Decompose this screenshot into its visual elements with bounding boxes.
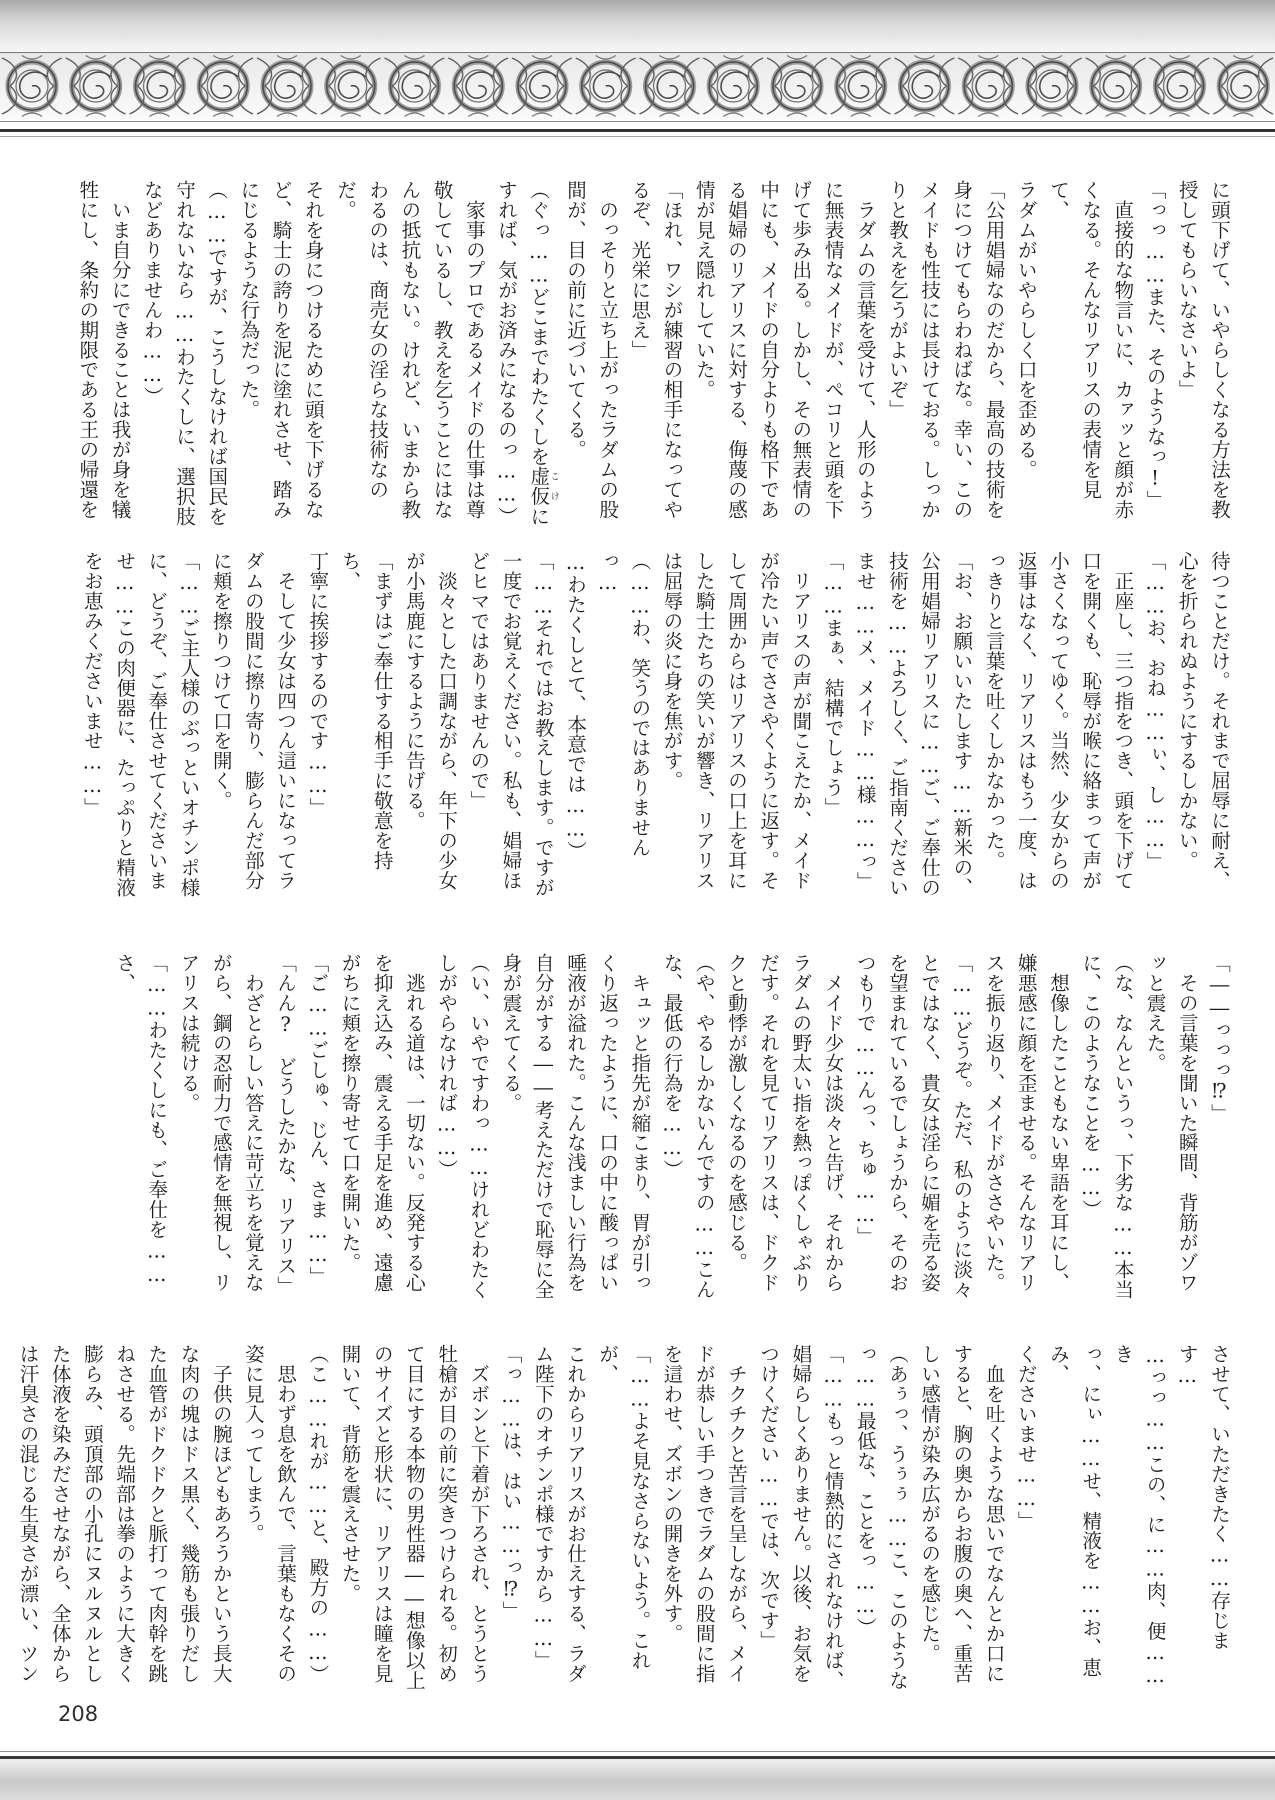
text-column: 「……よそ見なさらないよう。これが、 (591, 1344, 655, 1692)
text-column: に頭下げて、いやらしくなる方法を教 (1203, 180, 1235, 528)
text-column: 「……まぁ、結構でしょう」 (816, 551, 848, 899)
text-column: （ぐっ……どこまでわたくしを虚仮こけに (522, 180, 559, 528)
text-column: 中にも、メイドの自分よりも格下であ (752, 180, 784, 528)
bottom-double-rule (0, 1751, 1275, 1759)
text-column: つけください……では、次です」 (752, 1344, 784, 1692)
text-column: 「んん? どうしたかな、リアリス」 (269, 953, 301, 1301)
text-column: 「……ご主人様のぶっといオチンポ様 (172, 551, 204, 899)
text-column: ズボンと下着が下ろされ、とうとう (462, 1344, 494, 1692)
text-column: （い、いやですわっ……けれどわたく (462, 953, 494, 1301)
text-column: だす。それを見てリアリスは、ドクド (752, 953, 784, 1301)
text-column: を這わせ、ズボンの開きを外す。 (655, 1344, 687, 1692)
text-column: ませ……メ、メイド……様……っ」 (849, 551, 881, 899)
text-band-4: させて、いただきたく……存じます……っっ……この、に……肉、便……きっ、にぃ……… (11, 1344, 1235, 1692)
text-column: 心を折られぬようにするしかない。 (1171, 551, 1203, 899)
text-column: メイド少女は淡々と告げ、それから (816, 953, 848, 1301)
text-column: 「ほれ、ワシが練習の相手になってや (655, 180, 687, 528)
text-column: んの抵抗もない。けれど、いまから教 (393, 180, 425, 528)
text-column: その言葉を聞いた瞬間、背筋がゾワ (1171, 953, 1203, 1301)
text-column: 思わず息を飲んで、言葉もなくその (269, 1344, 301, 1692)
text-column: のっそりと立ち上がったラダムの股 (591, 180, 623, 528)
text-column: 丁寧に挨拶するのです……」 (301, 551, 333, 899)
text-column: ど、騎士の誇りを泥に塗れさせ、踏み (264, 180, 296, 528)
text-column: 「ご……ごしゅ、じん、さま……」 (301, 953, 333, 1301)
text-column: 姿に見入ってしまう。 (237, 1344, 269, 1692)
text-column: ッと震えた。 (1138, 953, 1170, 1301)
text-column: がちに頬を擦り寄せて口を開いた。 (333, 953, 365, 1301)
text-column: を抑え込み、震える手足を進め、遠慮 (366, 953, 398, 1301)
text-column: は汗臭さの混じる生臭さが漂い、ツン (11, 1344, 43, 1692)
text-column: 待つことだけ。それまで屈辱に耐え、 (1203, 551, 1235, 899)
text-column: るぞ、光栄に思え」 (623, 180, 655, 528)
text-column: を望まれているでしょうから、そのお (881, 953, 913, 1301)
text-column: 想像したこともない卑語を耳にし、 (1042, 953, 1074, 1301)
text-column: くなる。そんなリアリスの表情を見て、 (1042, 180, 1106, 528)
text-column: ダムの股間に擦り寄り、膨らんだ部分 (237, 551, 269, 899)
text-column: 家事のプロであるメイドの仕事は尊 (458, 180, 490, 528)
text-column: 「っっ……また、そのようなっ!」 (1138, 180, 1170, 528)
text-column: 口を開くも、恥辱が喉に絡まって声が (1074, 551, 1106, 899)
text-column: にじるような行為だった。 (232, 180, 264, 528)
text-column: な、最低の行為を……） (655, 953, 687, 1301)
text-column: 自分がする――考えただけで恥辱に全 (527, 953, 559, 1301)
text-column: …っっ……この、に……肉、便……き (1106, 1344, 1170, 1692)
text-column: 間が、目の前に近づいてくる。 (559, 180, 591, 528)
text-column: わるのは、商売女の淫らな技術なのだ。 (329, 180, 393, 528)
text-column: 「お、お願いいたします……新米の、 (945, 551, 977, 899)
text-column: ドが恭しい手つきでラダムの股間に指 (688, 1344, 720, 1692)
text-band-3: 「――っっっ⁉」 その言葉を聞いた瞬間、背筋がゾワッと震えた。（な、なんというっ… (108, 953, 1235, 1301)
text-column: 「……それではお教えします。ですが (527, 551, 559, 899)
text-column: しい感情が染み広がるのを感じた。 (913, 1344, 945, 1692)
page-top-edge-shading (0, 0, 1275, 52)
text-column: ラダムがいやらしく口を歪める。 (1010, 180, 1042, 528)
text-column: な肉の塊はドス黒く、幾筋も張りだし (172, 1344, 204, 1692)
text-column: リアリスの声が聞こえたか、メイド (784, 551, 816, 899)
text-column: （や、やるしかないんですの……こん (688, 953, 720, 1301)
text-column: これからリアリスがお仕えする、ラダ (559, 1344, 591, 1692)
page-bottom-edge-shading (0, 1759, 1275, 1800)
text-column: に頬を擦りつけて口を開く。 (205, 551, 237, 899)
text-column: は屈辱の炎に身を焦がす。 (655, 551, 687, 899)
text-column: ラダムの野太い指を熱っぽくしゃぶり (784, 953, 816, 1301)
text-column: 唾液が溢れた。こんな浅ましい行為を (559, 953, 591, 1301)
text-column: 返事はなく、リアリスはもう一度、は (1010, 551, 1042, 899)
text-column: せ……この肉便器に、たっぷりと精液 (108, 551, 140, 899)
text-column: る娼婦のリアリスに対する、侮蔑の感 (720, 180, 752, 528)
text-column: た体液を染みださせながら、全体から (43, 1344, 75, 1692)
text-column: に、このようなことを……） (1074, 953, 1106, 1301)
text-column: 身が震えてくる。 (494, 953, 526, 1301)
text-column: 「っ……は、はい……っ⁉」 (494, 1344, 526, 1692)
text-column: くださいませ……」 (1010, 1344, 1042, 1692)
page-number: 208 (58, 1702, 98, 1726)
text-column: くり返ったように、口の中に酸っぱい (591, 953, 623, 1301)
text-column: 膨らみ、頭頂部の小孔にヌルヌルとし (76, 1344, 108, 1692)
text-column: つもりで……んっ、ちゅ……」 (849, 953, 881, 1301)
text-column: 「……お、おね……ぃ、し……」 (1138, 551, 1170, 899)
text-column: ラダムの言葉を受けて、人形のよう (849, 180, 881, 528)
text-column: 開いて、背筋を震えさせた。 (333, 1344, 365, 1692)
text-column: 敬しているし、教えを乞うことにはな (425, 180, 457, 528)
text-column: 「――っっっ⁉」 (1203, 953, 1235, 1301)
text-column: アリスは続ける。 (172, 953, 204, 1301)
text-column: に、どうぞ、ご奉仕させてくださいま (140, 551, 172, 899)
text-column: いま自分にできることは我が身を犠 (103, 180, 135, 528)
text-column: て目にする本物の男性器――想像以上 (398, 1344, 430, 1692)
text-column: がら、鋼の忍耐力で感情を無視し、リ (205, 953, 237, 1301)
text-column: 牡槍が目の前に突きつけられる。初め (430, 1344, 462, 1692)
text-column: …わたくしとて、本意では……） (559, 551, 591, 899)
text-column: 淡々とした口調ながら、年下の少女 (430, 551, 462, 899)
text-column: 情が見え隠れしていた。 (688, 180, 720, 528)
text-column: した騎士たちの笑いが響き、リアリス (688, 551, 720, 899)
text-column: させて、いただきたく……存じます… (1171, 1344, 1235, 1692)
text-column: 授してもらいなさいよ」 (1171, 180, 1203, 528)
text-column: クと動悸が激しくなるのを感じる。 (720, 953, 752, 1301)
top-double-rule (0, 129, 1275, 137)
text-column: （こ……れが……と、殿方の……） (301, 1344, 333, 1692)
text-column: げて歩み出る。しかし、その無表情の (784, 180, 816, 528)
text-column: ム陛下のオチンポ様ですから……」 (527, 1344, 559, 1692)
text-column: っきりと言葉を吐くしかなかった。 (977, 551, 1009, 899)
text-column: 小さくなってゆく。当然、少女からの (1042, 551, 1074, 899)
text-column: 逃れる道は、一切ない。反発する心 (398, 953, 430, 1301)
book-page: に頭下げて、いやらしくなる方法を教授してもらいなさいよ」「っっ……また、そのよう… (0, 0, 1275, 1800)
text-band-2: 待つことだけ。それまで屈辱に耐え、心を折られぬようにするしかない。「……お、おね… (76, 551, 1235, 899)
ornamental-border (0, 52, 1275, 122)
text-column: のサイズと形状に、リアリスは瞳を見 (366, 1344, 398, 1692)
text-column: が冷たい声でささやくように返す。そ (752, 551, 784, 899)
text-column: 血を吐くような思いでなんとか口に (977, 1344, 1009, 1692)
text-column: して周囲からはリアリスの口上を耳に (720, 551, 752, 899)
text-column: りと教えを乞うがよいぞ」 (881, 180, 913, 528)
text-column: チクチクと苦言を呈しながら、メイ (720, 1344, 752, 1692)
text-column: た血管がドクドクと脈打って肉幹を跳 (140, 1344, 172, 1692)
text-column: 娼婦らしくありません。以後、お気を (784, 1344, 816, 1692)
text-column: （……ですが、こうしなければ国民を (200, 180, 232, 528)
text-column: すると、胸の奥からお腹の奥へ、重苦 (945, 1344, 977, 1692)
text-column: それを身につけるために頭を下げるな (297, 180, 329, 528)
text-column: が小馬鹿にするように告げる。 (398, 551, 430, 899)
text-column: 技術を……よろしく、ご指南ください (881, 551, 913, 899)
text-column: 直接的な物言いに、カァッと顔が赤 (1106, 180, 1138, 528)
text-column: 正座し、三つ指をつき、頭を下げて (1106, 551, 1138, 899)
text-column: メイドも性技には長けておる。しっか (913, 180, 945, 528)
text-column: 「……どうぞ。ただ、私のように淡々 (945, 953, 977, 1301)
text-column: わざとらしい答えに苛立ちを覚えな (237, 953, 269, 1301)
text-column: 牲にし、条約の期限である王の帰還を (71, 180, 103, 528)
text-column: っ……最低な、ことをっ……） (849, 1344, 881, 1692)
text-column: 身につけてもらわねばな。幸い、この (945, 180, 977, 528)
text-column: などありませんわ……） (136, 180, 168, 528)
text-column: 「まずはご奉仕する相手に敬意を持ち、 (333, 551, 397, 899)
text-column: スを振り返り、メイドがささやいた。 (977, 953, 1009, 1301)
text-column: とではなく、貴女は淫らに媚を売る姿 (913, 953, 945, 1301)
text-column: キュッと指先が縮こまり、胃が引っ (623, 953, 655, 1301)
text-column: っ、にぃ……せ、精液を……お、恵み、 (1042, 1344, 1106, 1692)
text-column: （な、なんというっ、下劣な……本当 (1106, 953, 1138, 1301)
text-column: しがやらなければ……） (430, 953, 462, 1301)
text-column: （……わ、笑うのではありませんっ… (591, 551, 655, 899)
text-column: そして少女は四つん這いになってラ (269, 551, 301, 899)
text-column: 嫌悪感に顔を歪ませる。そんなリアリ (1010, 953, 1042, 1301)
text-column: どヒマではありませんので」 (462, 551, 494, 899)
text-column: に無表情なメイドが、ペコリと頭を下 (816, 180, 848, 528)
text-column: 「……わたくしにも、ご奉仕を……さ、 (108, 953, 172, 1301)
text-column: すれば、気がお済みになるのっ……） (490, 180, 522, 528)
arabesque-frieze-pattern (0, 53, 1275, 119)
text-column: 守れないなら……わたくしに、選択肢 (168, 180, 200, 528)
text-column: 「公用娼婦なのだから、最高の技術を (977, 180, 1009, 528)
text-column: 「……もっと情熱的にされなければ、 (816, 1344, 848, 1692)
text-column: 一度でお覚えください。私も、娼婦ほ (494, 551, 526, 899)
text-column: をお恵みくださいませ……」 (76, 551, 108, 899)
text-band-1: に頭下げて、いやらしくなる方法を教授してもらいなさいよ」「っっ……また、そのよう… (71, 180, 1235, 528)
text-column: 公用娼婦リアリスに……ご、ご奉仕の (913, 551, 945, 899)
text-column: （あぅっ、うぅぅ……こ、このような (881, 1344, 913, 1692)
text-column: ねさせる。先端部は拳のように大きく (108, 1344, 140, 1692)
text-column: 子供の腕ほどもあろうかという長大 (205, 1344, 237, 1692)
